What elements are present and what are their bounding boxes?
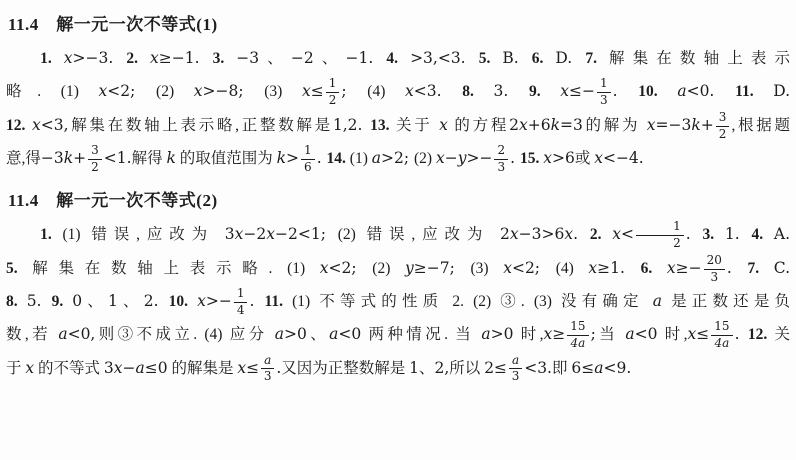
text-run: ≥−7; <box>414 259 471 277</box>
text-run: ≤ <box>246 359 259 377</box>
text-run: (4) <box>556 260 589 277</box>
section-lines: 1. (1) 错误,应改为 3x−2x−2<1; (2) 错误,应改为 2x−3… <box>6 218 790 385</box>
text-run: < <box>621 225 634 243</box>
text-run: . <box>510 149 520 167</box>
text-run: >0、 <box>284 325 329 343</box>
text-run: 所以 <box>449 360 484 377</box>
text-run: ; <box>341 82 367 100</box>
math-variable: x <box>237 359 246 377</box>
math-variable: a <box>58 325 67 343</box>
answer-number: 6. <box>641 260 667 277</box>
answer-number: 12. <box>6 117 32 134</box>
text-run: (1) <box>61 83 99 100</box>
math-variable: x <box>543 149 552 167</box>
math-variable: a <box>677 82 686 100</box>
text-run: <0, <box>68 325 96 343</box>
answer-line: 1. x>−3. 2. x≥−1. 3. −3、−2、−1. 4. >3,<3.… <box>6 42 790 75</box>
fraction: 32 <box>88 144 102 175</box>
text-run: >− <box>206 292 232 310</box>
answer-number: 5. <box>6 260 32 277</box>
text-run: . <box>613 82 639 100</box>
text-run: <0 <box>635 325 658 343</box>
fraction: 16 <box>301 144 315 175</box>
text-run: <3. <box>524 359 552 377</box>
text-run: 略. <box>6 83 61 100</box>
text-run: 2 <box>500 225 510 243</box>
text-run: 解集在数轴上表示略,正整数解是 <box>69 117 333 134</box>
text-run: (3) <box>471 260 504 277</box>
text-run: (3) 没有确定 <box>534 293 653 310</box>
text-run: 时, <box>657 326 687 343</box>
answer-key-page: 11.4 解一元一次不等式(1) 1. x>−3. 2. x≥−1. 3. −3… <box>0 0 796 385</box>
text-run: =3 <box>560 116 583 134</box>
answer-number: 13. <box>370 117 396 134</box>
text-run: 3. <box>494 82 529 100</box>
math-variable: k <box>64 149 73 167</box>
answer-number: 3. <box>703 226 725 243</box>
text-run: 时, <box>514 326 544 343</box>
text-run: −3 <box>41 149 64 167</box>
answer-number: 1. <box>40 226 62 243</box>
math-variable: x <box>667 259 676 277</box>
text-run: 2 <box>509 116 519 134</box>
text-run: <2; <box>329 259 373 277</box>
math-variable: x <box>25 359 34 377</box>
text-run: ≤− <box>569 82 595 100</box>
answer-number: 10. <box>638 83 677 100</box>
text-run: 两种情况. 当 <box>361 326 481 343</box>
text-run: >2; <box>381 149 414 167</box>
text-run: (3) <box>264 83 302 100</box>
text-run: −2 <box>243 225 266 243</box>
math-variable: x <box>99 82 108 100</box>
math-variable: x <box>405 82 414 100</box>
math-variable: x <box>688 325 697 343</box>
text-run: 1,2. <box>333 116 370 134</box>
text-run: 又因为正整数解是 <box>281 360 409 377</box>
math-variable: x <box>510 225 519 243</box>
text-run: (1) <box>350 150 372 167</box>
math-variable: x <box>439 116 448 134</box>
text-run: + <box>701 116 714 134</box>
math-variable: k <box>166 149 175 167</box>
text-run: 3 <box>104 359 114 377</box>
answer-number: 7. <box>748 260 774 277</box>
text-run: . <box>573 225 590 243</box>
fraction: 12 <box>636 220 684 251</box>
text-run: . <box>686 225 703 243</box>
answer-line: 略. (1) x<2; (2) x>−8; (3) x≤12; (4) x<3.… <box>6 75 790 108</box>
text-run: (2) <box>156 83 194 100</box>
section-11-4-part2: 11.4 解一元一次不等式(2) 1. (1) 错误,应改为 3x−2x−2<1… <box>6 186 790 385</box>
math-variable: x <box>588 259 597 277</box>
math-variable: x <box>266 225 275 243</box>
section-title: 11.4 解一元一次不等式(1) <box>8 10 790 35</box>
math-variable: a <box>372 149 381 167</box>
answer-line: 5. 解集在数轴上表示略. (1) x<2; (2) y≥−7; (3) x<2… <box>6 252 790 285</box>
math-variable: x <box>503 259 512 277</box>
text-run: (4) 应分 <box>204 326 274 343</box>
text-run: >3,<3. <box>410 49 479 67</box>
math-variable: x <box>560 82 569 100</box>
fraction: 23 <box>494 144 508 175</box>
text-run: . <box>735 325 748 343</box>
text-run: >−3. <box>73 49 127 67</box>
text-run: <2; <box>512 259 556 277</box>
text-run: A. <box>774 225 790 243</box>
text-run: =−3 <box>656 116 692 134</box>
text-run: 5. <box>27 292 52 310</box>
text-run: + <box>73 149 86 167</box>
text-run: 关 <box>774 326 790 343</box>
fraction: 32 <box>716 111 730 142</box>
text-run: −3>6 <box>519 225 565 243</box>
math-variable: x <box>150 49 159 67</box>
math-variable: x <box>436 149 445 167</box>
text-run: 3 <box>225 225 235 243</box>
text-run: 则③不成立. <box>95 326 204 343</box>
text-run: D. <box>555 49 585 67</box>
text-run: (2) <box>372 260 405 277</box>
answer-line: 意,得−3k+32<1.解得 k 的取值范围为 k>16. 14. (1) a>… <box>6 142 790 175</box>
text-run: (1) 不等式的性质 2. <box>292 293 473 310</box>
text-run: 的不等式 <box>34 360 104 377</box>
text-run: +6 <box>528 116 551 134</box>
text-run: ≥− <box>676 259 702 277</box>
text-run: 0、1、2. <box>72 292 168 310</box>
text-run: (2) 错误,应改为 <box>338 226 500 243</box>
text-run: (2) <box>414 150 436 167</box>
answer-number: 2. <box>126 50 150 67</box>
text-run: 意,得 <box>6 150 41 167</box>
math-variable: x <box>114 359 123 377</box>
answer-number: 8. <box>6 293 27 310</box>
answer-number: 8. <box>462 83 493 100</box>
answer-number: 14. <box>327 150 350 167</box>
fraction: 154a <box>567 320 588 351</box>
text-run: D. <box>773 82 790 100</box>
text-run: ≥−1. <box>159 49 213 67</box>
text-run: >6 <box>552 149 575 167</box>
text-run: . <box>249 292 264 310</box>
section-lines: 1. x>−3. 2. x≥−1. 3. −3、−2、−1. 4. >3,<3.… <box>6 42 790 175</box>
text-run: (1) 错误,应改为 <box>62 226 224 243</box>
math-variable: a <box>481 325 490 343</box>
text-run: ≤ <box>311 82 324 100</box>
text-run: >− <box>466 149 492 167</box>
math-variable: x <box>32 116 41 134</box>
text-run: − <box>445 149 458 167</box>
text-run: 的解为 <box>583 117 647 134</box>
text-run: >−8; <box>203 82 265 100</box>
text-run: −2<1; <box>275 225 338 243</box>
answer-line: 8. 5. 9. 0、1、2. 10. x>−14. 11. (1) 不等式的性… <box>6 285 790 318</box>
answer-number: 1. <box>40 50 64 67</box>
text-run: <9. <box>603 359 631 377</box>
text-run: > <box>286 149 299 167</box>
fraction: a3 <box>261 354 274 385</box>
text-run: 的取值范围为 <box>176 150 277 167</box>
text-run: ,根据题 <box>731 117 790 134</box>
text-run: <3. <box>414 82 462 100</box>
fraction: 12 <box>326 77 340 108</box>
math-variable: x <box>544 325 553 343</box>
math-variable: x <box>612 225 621 243</box>
text-run: >0 <box>491 325 514 343</box>
answer-number: 6. <box>532 50 556 67</box>
text-run: C. <box>774 259 790 277</box>
text-run: <1. <box>104 149 132 167</box>
text-run: − <box>123 359 136 377</box>
math-variable: x <box>564 225 573 243</box>
text-run: 或 <box>575 150 594 167</box>
answer-line: 12. x<3,解集在数轴上表示略,正整数解是1,2. 13. 关于 x 的方程… <box>6 109 790 142</box>
fraction: 14 <box>234 287 248 318</box>
text-run: 2≤ <box>484 359 507 377</box>
answer-number: 9. <box>52 293 73 310</box>
text-run: ≤0 <box>145 359 168 377</box>
text-run: . <box>317 149 327 167</box>
text-run: 解得 <box>132 150 167 167</box>
text-run: ≥1. <box>597 259 640 277</box>
answer-line: 1. (1) 错误,应改为 3x−2x−2<1; (2) 错误,应改为 2x−3… <box>6 218 790 251</box>
text-run: 于 <box>6 360 25 377</box>
math-variable: y <box>405 259 414 277</box>
math-variable: a <box>625 325 634 343</box>
math-variable: x <box>320 259 329 277</box>
text-run: 的方程 <box>448 117 509 134</box>
math-variable: x <box>197 292 206 310</box>
answer-number: 12. <box>748 326 775 343</box>
math-variable: a <box>329 325 338 343</box>
text-run: <3, <box>41 116 69 134</box>
math-variable: k <box>551 116 560 134</box>
answer-number: 4. <box>752 226 774 243</box>
math-variable: x <box>519 116 528 134</box>
text-run: 解集在数轴上表示略. <box>32 260 287 277</box>
fraction: 203 <box>704 254 725 285</box>
fraction: 154a <box>711 320 732 351</box>
text-run: <0. <box>687 82 735 100</box>
text-run: 关于 <box>396 117 439 134</box>
answer-number: 9. <box>529 83 560 100</box>
section-11-4-part1: 11.4 解一元一次不等式(1) 1. x>−3. 2. x≥−1. 3. −3… <box>6 10 790 175</box>
answer-number: 11. <box>265 293 293 310</box>
text-run: 1. <box>725 225 752 243</box>
fraction: a3 <box>509 354 522 385</box>
text-run: 当 <box>596 326 626 343</box>
math-variable: a <box>136 359 145 377</box>
answer-line: 于 x 的不等式 3x−a≤0 的解集是 x≤a3.又因为正整数解是 1、2,所… <box>6 352 790 385</box>
answer-number: 7. <box>585 50 609 67</box>
math-variable: k <box>691 116 700 134</box>
math-variable: k <box>277 149 286 167</box>
math-variable: a <box>275 325 284 343</box>
text-run: (4) <box>367 83 405 100</box>
math-variable: x <box>647 116 656 134</box>
math-variable: x <box>302 82 311 100</box>
math-variable: a <box>653 292 662 310</box>
text-run: 数,若 <box>6 326 58 343</box>
text-run: ≤ <box>696 325 709 343</box>
text-run: 6≤ <box>571 359 594 377</box>
answer-number: 10. <box>169 293 197 310</box>
section-title: 11.4 解一元一次不等式(2) <box>8 186 790 211</box>
text-run: . <box>727 259 748 277</box>
text-run: <2; <box>107 82 156 100</box>
fraction: 13 <box>597 77 611 108</box>
answer-number: 15. <box>520 150 543 167</box>
text-run: 1、2, <box>409 359 449 377</box>
text-run: B. <box>502 49 531 67</box>
text-run: 解集在数轴上表示 <box>609 50 790 67</box>
answer-number: 5. <box>479 50 503 67</box>
text-run: <−4. <box>603 149 644 167</box>
answer-number: 11. <box>735 83 773 100</box>
answer-line: 数,若 a<0,则③不成立. (4) 应分 a>0、a<0 两种情况. 当 a>… <box>6 318 790 351</box>
answer-number: 4. <box>386 50 410 67</box>
text-run: ≥ <box>552 325 565 343</box>
math-variable: x <box>194 82 203 100</box>
text-run: (2) ③. <box>473 293 534 310</box>
text-run: (1) <box>287 260 320 277</box>
text-run: 的解集是 <box>168 360 238 377</box>
answer-number: 3. <box>213 50 237 67</box>
answer-number: 2. <box>590 226 612 243</box>
text-run: <0 <box>338 325 361 343</box>
math-variable: x <box>64 49 73 67</box>
text-run: 即 <box>552 360 571 377</box>
text-run: 是正数还是负 <box>662 293 790 310</box>
math-variable: x <box>594 149 603 167</box>
text-run: −3、−2、−1. <box>236 49 386 67</box>
